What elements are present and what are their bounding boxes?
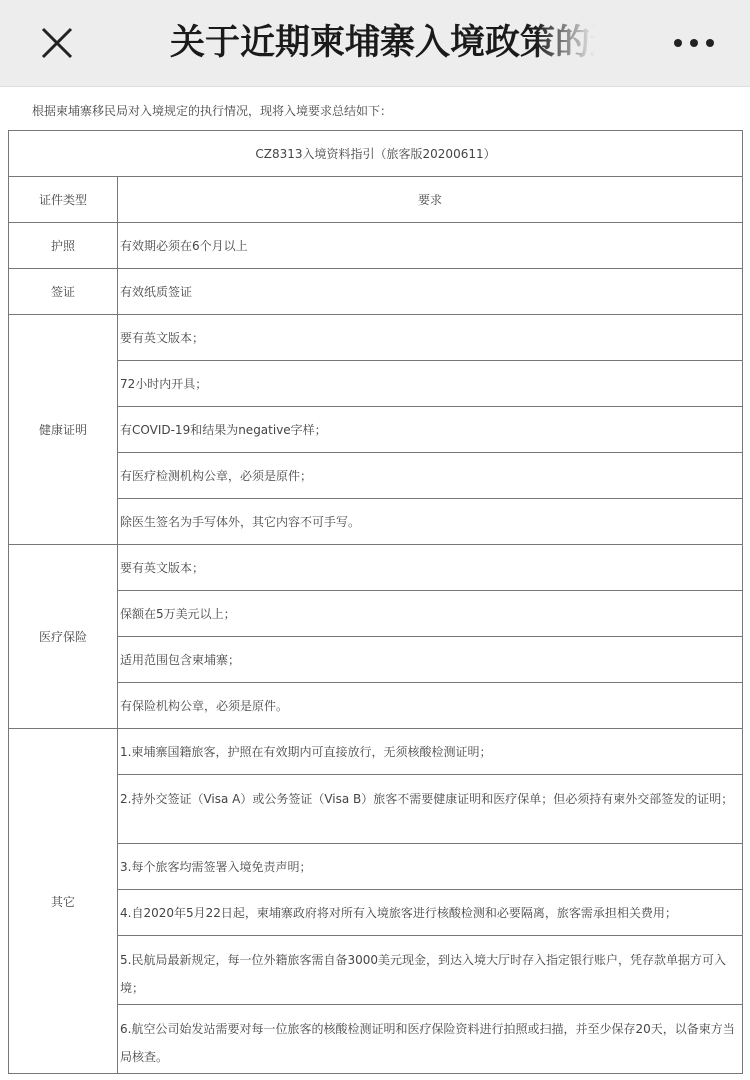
requirement-cell: 6.航空公司始发站需要对每一位旅客的核酸检测证明和医疗保险资料进行拍照或扫描，并… xyxy=(118,1005,743,1074)
requirement-cell: 有效期必须在6个月以上 xyxy=(118,223,743,269)
requirement-cell: 要有英文版本； xyxy=(118,315,743,361)
more-dot-icon xyxy=(674,39,682,47)
page-title: 关于近期柬埔寨入境政策的通知 xyxy=(170,18,595,68)
requirement-cell: 2.持外交签证（Visa A）或公务签证（Visa B）旅客不需要健康证明和医疗… xyxy=(118,775,743,844)
requirement-cell: 除医生签名为手写体外，其它内容不可手写。 xyxy=(118,499,743,545)
requirement-cell: 3.每个旅客均需签署入境免责声明； xyxy=(118,844,743,890)
table-caption: CZ8313入境资料指引（旅客版20200611） xyxy=(9,131,743,177)
row-label-passport: 护照 xyxy=(9,223,118,269)
intro-text: 根据柬埔寨移民局对入境规定的执行情况，现将入境要求总结如下： xyxy=(32,102,750,120)
requirement-cell: 要有英文版本； xyxy=(118,545,743,591)
requirement-cell: 保额在5万美元以上； xyxy=(118,591,743,637)
row-label-medical-insurance: 医疗保险 xyxy=(9,545,118,729)
more-dot-icon xyxy=(706,39,714,47)
close-icon xyxy=(38,24,76,62)
requirement-cell: 1.柬埔寨国籍旅客，护照在有效期内可直接放行，无须核酸检测证明； xyxy=(118,729,743,775)
header-type: 证件类型 xyxy=(9,177,118,223)
row-label-other: 其它 xyxy=(9,729,118,1074)
requirement-cell: 5.民航局最新规定，每一位外籍旅客需自备3000美元现金，到达入境大厅时存入指定… xyxy=(118,936,743,1005)
header-requirement: 要求 xyxy=(118,177,743,223)
requirement-cell: 有保险机构公章，必须是原件。 xyxy=(118,683,743,729)
row-label-health-certificate: 健康证明 xyxy=(9,315,118,545)
more-dot-icon xyxy=(690,39,698,47)
requirement-cell: 有效纸质签证 xyxy=(118,269,743,315)
requirement-cell: 有医疗检测机构公章，必须是原件； xyxy=(118,453,743,499)
more-button[interactable] xyxy=(674,36,714,50)
requirement-cell: 4.自2020年5月22日起，柬埔寨政府将对所有入境旅客进行核酸检测和必要隔离，… xyxy=(118,890,743,936)
requirement-cell: 适用范围包含柬埔寨； xyxy=(118,637,743,683)
requirement-cell: 有COVID-19和结果为negative字样； xyxy=(118,407,743,453)
row-label-visa: 签证 xyxy=(9,269,118,315)
top-bar: 关于近期柬埔寨入境政策的通知 xyxy=(0,0,750,87)
requirement-cell: 72小时内开具； xyxy=(118,361,743,407)
close-button[interactable] xyxy=(38,24,76,62)
entry-requirements-table: CZ8313入境资料指引（旅客版20200611） 证件类型 要求 护照 有效期… xyxy=(8,130,743,1074)
